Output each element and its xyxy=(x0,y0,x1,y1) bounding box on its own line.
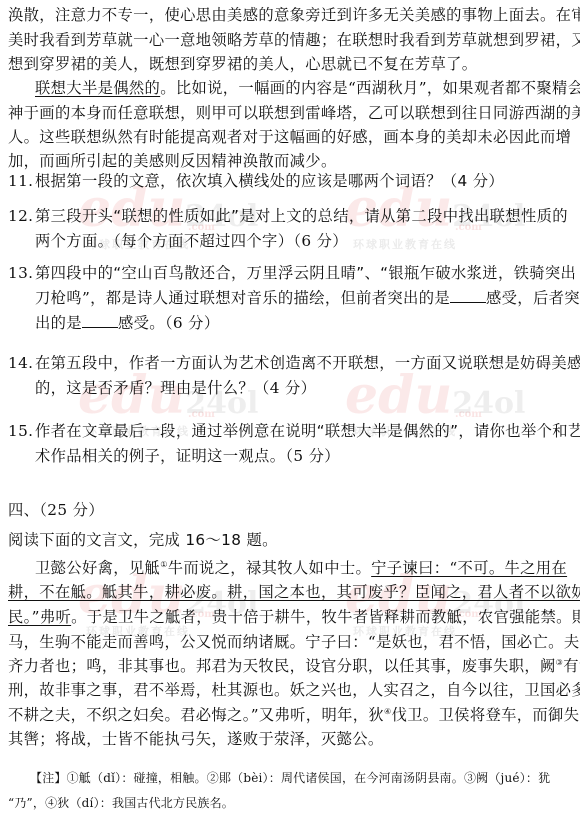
question-12-cont: 两个方面。（每个方面不超过四个字）（6 分） xyxy=(35,231,348,251)
question-number: 13. xyxy=(8,263,35,283)
question-12: 12.第三段开头“联想的性质如此”是对上文的总结，请从第二段中找出联想性质的 xyxy=(8,206,568,226)
passage-text: 。比如说，一幅画的内容是“西湖秋月”，如果观者都不聚精会 xyxy=(160,79,580,97)
classical-text: 有常 xyxy=(563,657,580,675)
passage-line: 人。这些联想纵然有时能提高观者对于这幅画的好感，画本身的美却未必因此而增 xyxy=(8,127,571,147)
question-13-cont: 刀枪鸣”，都是诗人通过联想对音乐的描绘，但前者突出的是感受，后者突 xyxy=(35,288,580,308)
passage-line: 美时我看到芳草就一心一意地领略芳草的情趣；在联想时我看到芳草就想到罗裙，又 xyxy=(8,30,580,50)
passage-line: 联想大半是偶然的。比如说，一幅画的内容是“西湖秋月”，如果观者都不聚精会 xyxy=(35,78,580,98)
question-14: 14.在第五段中，作者一方面认为艺术创造离不开联想，一方面又说联想是妨碍美感 xyxy=(8,353,580,373)
underlined-sentence: 耕，不在觝。觝其牛，耕必废。耕，国之本也，其可废乎？臣闻之，君人者不以欲妨 xyxy=(8,583,580,601)
classical-line: 刑，故非事之事，君不举焉，杜其源也。妖之兴也，人实召之，自今以往，卫国必多 xyxy=(8,680,580,700)
passage-line: 想到穿罗裙的美人，既想到穿罗裙的美人，心思就已不复在芳草了。 xyxy=(8,54,477,74)
watermark-logo: edu24ol.com环球职业教育在线 xyxy=(345,365,525,426)
question-text: 感受，后者突 xyxy=(486,289,580,307)
footnote-marker: ① xyxy=(160,560,168,569)
classical-text: 齐力者也；鸣，非其事也。邦君为天牧民，设官分职，以任其事，废事失职，阙 xyxy=(8,657,556,675)
classical-line: 其辔；将战，士皆不能执弓矢，遂败于荥泽，灭懿公。 xyxy=(8,729,384,749)
question-14-cont: 的，这是否矛盾？理由是什么？（4 分） xyxy=(35,378,316,398)
notes-line: “乃”，④狄（dí）：我国古代北方民族名。 xyxy=(8,793,234,813)
classical-text: 卫懿公好禽，见觝 xyxy=(35,559,160,577)
classical-text: 。于是卫牛之觝者，贵十倍于耕牛，牧牛者皆释耕而教觝，农官强能禁。郥 xyxy=(71,608,580,626)
question-13-cont: 出的是感受。（6 分） xyxy=(35,313,219,333)
section-header: 四、（25 分） xyxy=(8,500,104,520)
question-15: 15.作者在文章最后一段，通过举例意在说明“联想大半是偶然的”，请你也举个和艺 xyxy=(8,421,580,441)
classical-line: 耕，不在觝。觝其牛，耕必废。耕，国之本也，其可废乎？臣闻之，君人者不以欲妨 xyxy=(8,582,580,602)
question-text: 根据第一段的文意，依次填入横线处的应该是哪两个词语？（4 分） xyxy=(35,172,504,190)
question-13: 13.第四段中的“空山百鸟散还合，万里浮云阴且晴”、“银瓶乍破水浆迸，铁骑突出 xyxy=(8,263,576,283)
classical-line: 马，生驹不能走而善鸣，公又悦而纳诸厩。宁子曰：“是妖也，君不悟，国必亡。夫马， xyxy=(8,632,580,652)
question-text: 刀枪鸣”，都是诗人通过联想对音乐的描绘，但前者突出的是 xyxy=(35,289,450,307)
question-text: 感受。（6 分） xyxy=(118,314,220,332)
question-text: 第四段中的“空山百鸟散还合，万里浮云阴且晴”、“银瓶乍破水浆迸，铁骑突出 xyxy=(35,264,576,282)
question-number: 11. xyxy=(8,171,35,191)
classical-text: 不耕之夫，不织之妇矣。君必悔之。”又弗听，明年，狄 xyxy=(8,706,384,724)
classical-line: 民。”弗听。于是卫牛之觝者，贵十倍于耕牛，牧牛者皆释耕而教觝，农官强能禁。郥②有 xyxy=(8,607,580,627)
passage-line: 涣散，注意力不专一，使心思由美感的意象旁迁到许多无关美感的事物上面去。在审 xyxy=(8,5,580,25)
classical-line: 不耕之夫，不织之妇矣。君必悔之。”又弗听，明年，狄④伐卫。卫侯将登车，而御失 xyxy=(8,705,579,725)
classical-line: 卫懿公好禽，见觝①牛而说之，禄其牧人如中士。宁子谏曰：“不可。牛之用在 xyxy=(35,558,567,578)
footnote-marker: ④ xyxy=(384,707,392,716)
question-number: 15. xyxy=(8,421,35,441)
question-number: 12. xyxy=(8,206,35,226)
underlined-sentence: 民。”弗听 xyxy=(8,608,71,626)
question-text: 出的是 xyxy=(35,314,82,332)
question-15-cont: 术作品相关的例子，证明这一观点。（5 分） xyxy=(35,446,340,466)
question-11: 11.根据第一段的文意，依次填入横线处的应该是哪两个词语？（4 分） xyxy=(8,171,504,191)
classical-text: 伐卫。卫侯将登车，而御失 xyxy=(392,706,580,724)
question-text: 第三段开头“联想的性质如此”是对上文的总结，请从第二段中找出联想性质的 xyxy=(35,207,568,225)
section-instruction: 阅读下面的文言文，完成 16～18 题。 xyxy=(8,530,278,550)
passage-line: 神于画的本身而任意联想，则甲可以联想到雷峰塔，乙可以联想到往日同游西湖的美 xyxy=(8,103,580,123)
passage-line: 加，而画所引起的美感则反因精神涣散而减少。 xyxy=(8,151,337,171)
question-text: 在第五段中，作者一方面认为艺术创造离不开联想，一方面又说联想是妨碍美感 xyxy=(35,354,580,372)
answer-blank-1[interactable] xyxy=(450,288,486,303)
notes-line: 【注】①觝（dǐ）：碰撞，相触。②郥（bèi）：周代诸侯国，在今河南汤阴县南。③… xyxy=(30,768,550,788)
classical-text: 牛而说之，禄其牧人如中士。 xyxy=(168,559,371,577)
question-number: 14. xyxy=(8,353,35,373)
underlined-sentence: 宁子谏曰：“不可。牛之用在 xyxy=(371,559,567,577)
underlined-sentence: 联想大半是偶然的 xyxy=(35,79,160,97)
classical-line: 齐力者也；鸣，非其事也。邦君为天牧民，设官分职，以任其事，废事失职，阙③有常 xyxy=(8,656,580,676)
answer-blank-2[interactable] xyxy=(82,313,118,328)
question-text: 作者在文章最后一段，通过举例意在说明“联想大半是偶然的”，请你也举个和艺 xyxy=(35,422,580,440)
